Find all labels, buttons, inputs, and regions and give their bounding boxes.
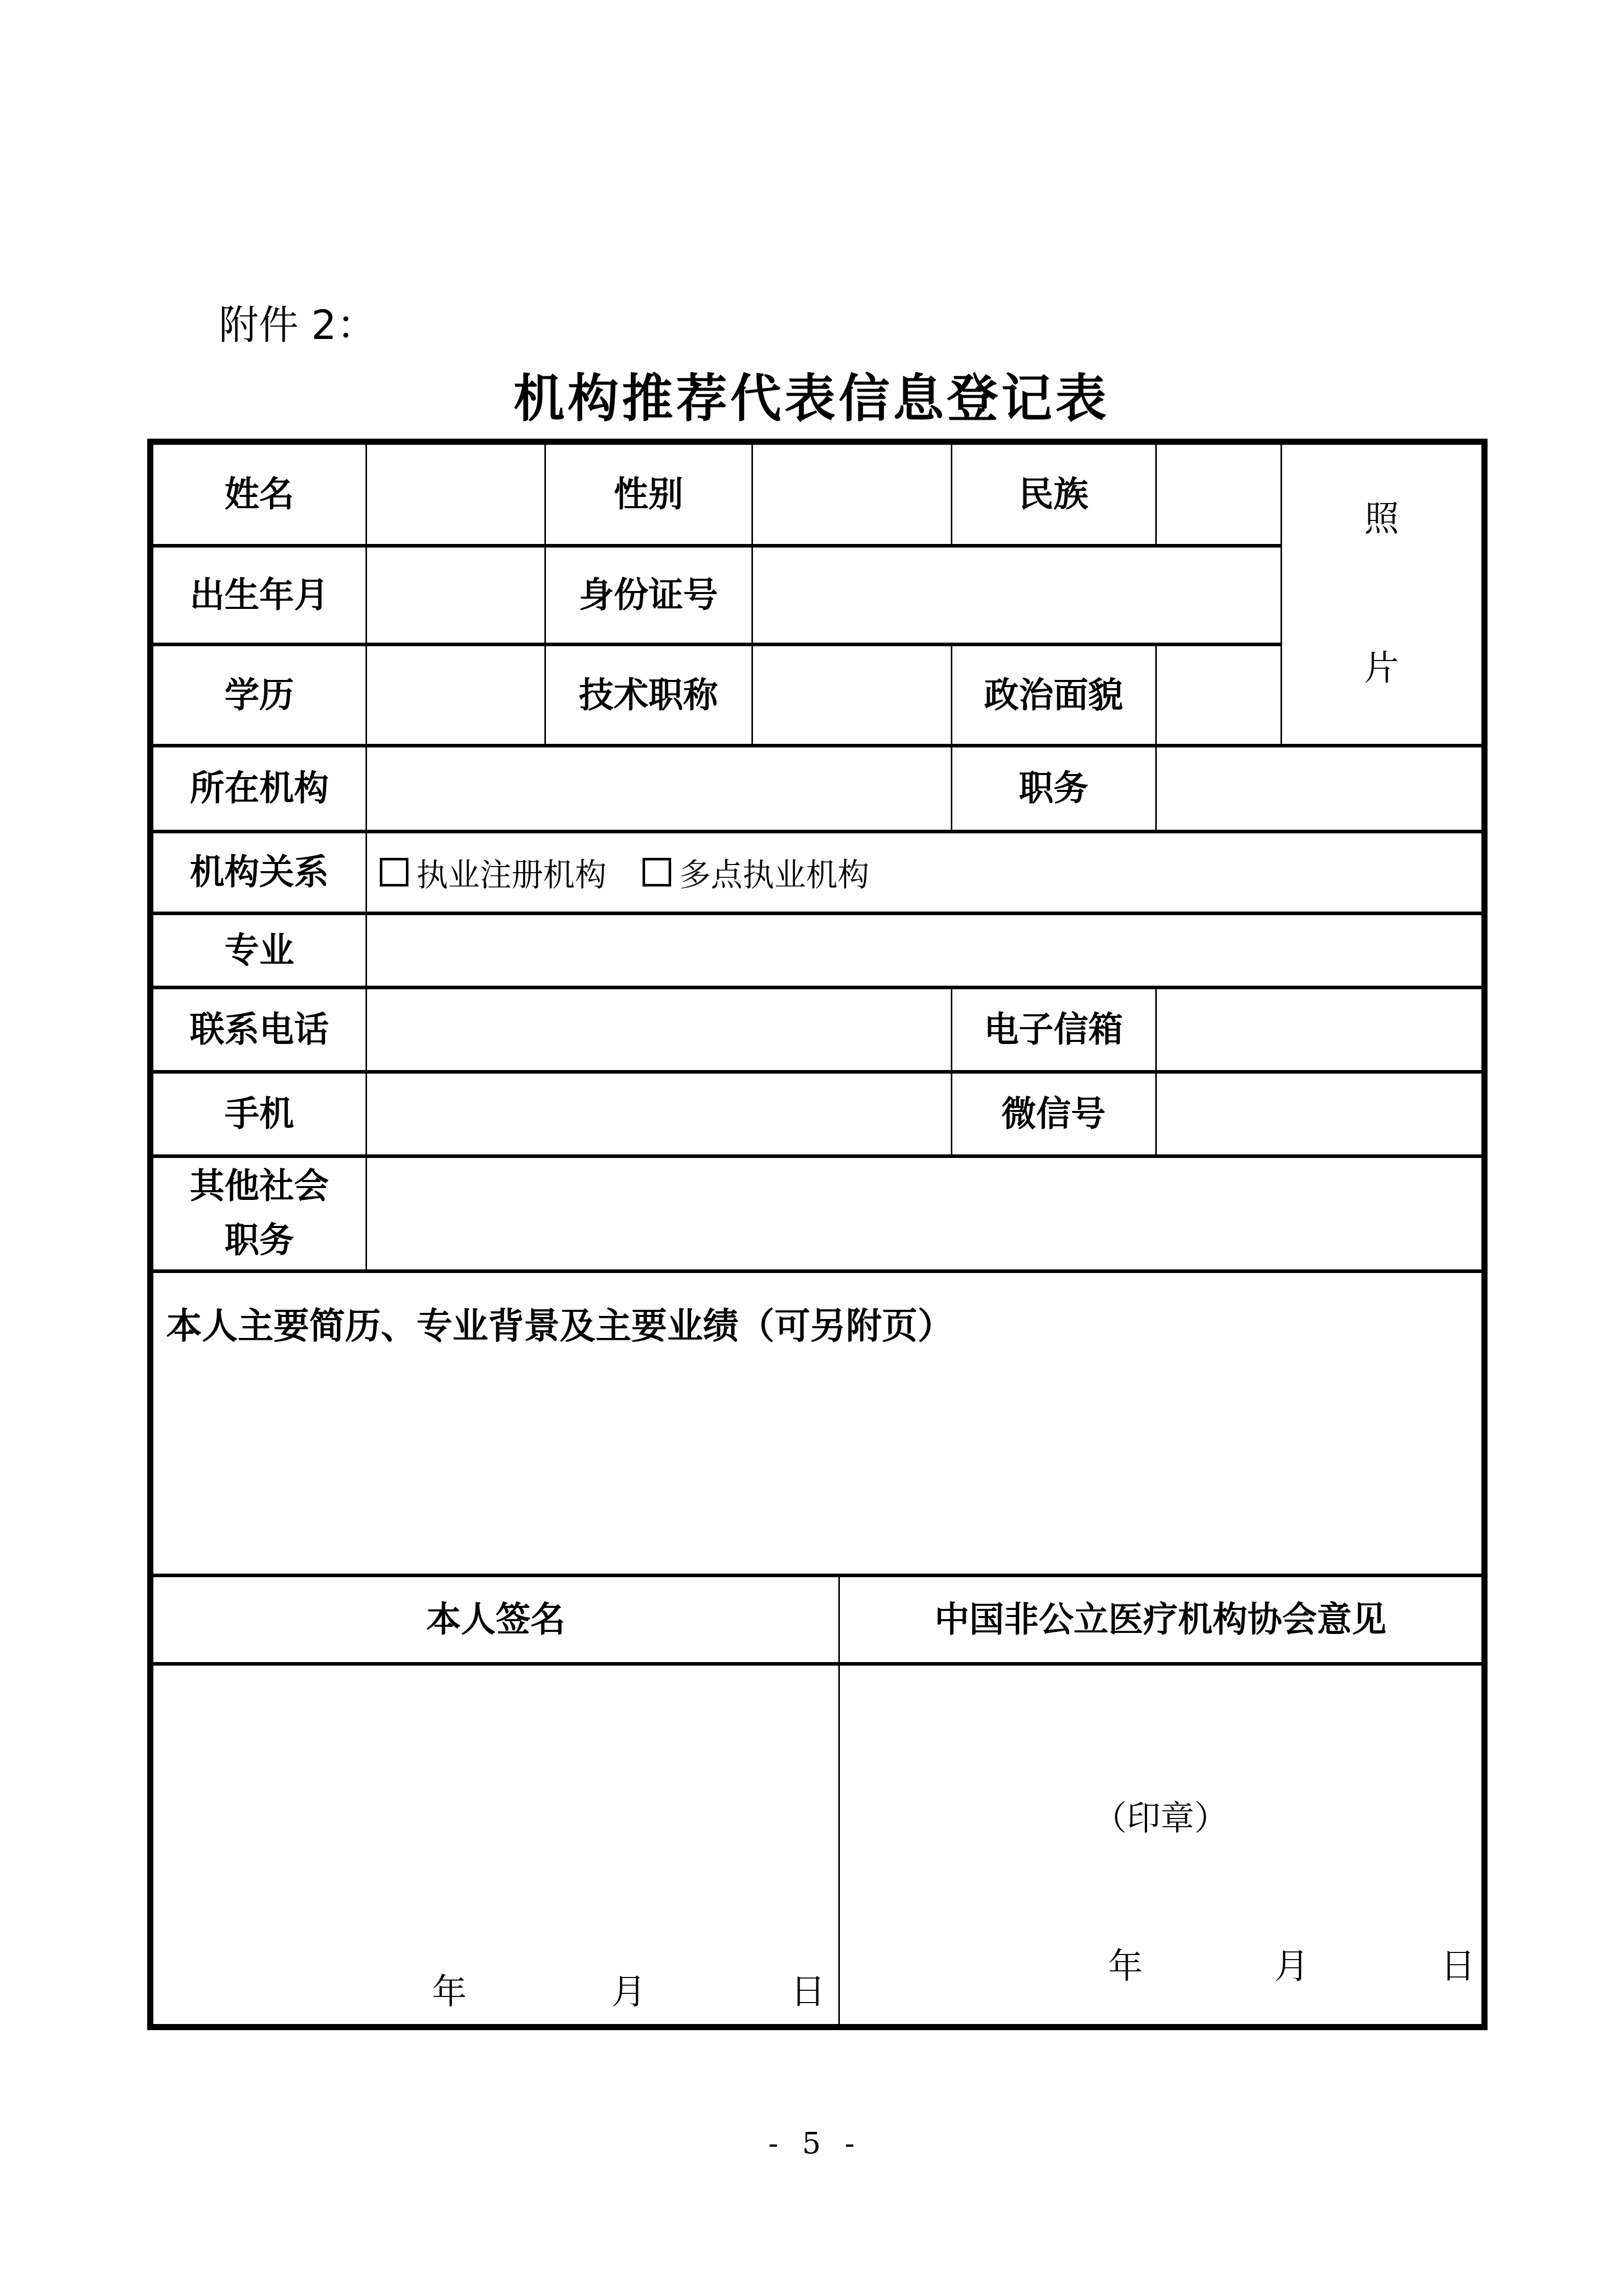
phone-value[interactable] (366, 987, 951, 1072)
name-value[interactable] (366, 442, 545, 545)
political-status-value[interactable] (1156, 645, 1281, 745)
checkbox-multi-site-institution-label: 多点执业机构 (679, 850, 870, 895)
month-label: 月 (611, 1964, 646, 2014)
seal-placeholder-label: （印章） (840, 1791, 1482, 1839)
year-label: 年 (1108, 1939, 1143, 1988)
birth-date-value[interactable] (366, 545, 545, 645)
association-opinion-header-label: 中国非公立医疗机构协会意见 (839, 1577, 1484, 1664)
row-signature-headers: 本人签名 中国非公立医疗机构协会意见 (150, 1577, 1484, 1664)
institution-relationship-options: 执业注册机构 多点执业机构 (366, 831, 1484, 913)
education-label: 学历 (150, 645, 366, 745)
row-other-social-titles: 其他社会职务 (150, 1156, 1484, 1271)
row-name-gender-ethnicity: 姓名 性别 民族 照片 (150, 442, 1484, 545)
institution-relationship-label: 机构关系 (150, 831, 366, 913)
resume-header-label: 本人主要简历、专业背景及主要业绩（可另附页） (153, 1273, 1481, 1351)
row-institution-relationship: 机构关系 执业注册机构 多点执业机构 (150, 831, 1484, 913)
mobile-value[interactable] (366, 1072, 951, 1156)
wechat-value[interactable] (1156, 1072, 1484, 1156)
attachment-label: 附件 2： (219, 306, 376, 346)
checkbox-registered-institution[interactable]: 执业注册机构 (380, 850, 607, 895)
form-table-signature: 本人签名 中国非公立医疗机构协会意见 年 月 日 （印章） 年 月 日 (147, 1577, 1488, 2030)
row-phone-email: 联系电话 电子信箱 (150, 987, 1484, 1072)
row-signature-spaces: 年 月 日 （印章） 年 月 日 (150, 1664, 1484, 2027)
ethnicity-value[interactable] (1156, 442, 1281, 545)
row-major: 专业 (150, 913, 1484, 987)
position-value[interactable] (1156, 745, 1484, 831)
phone-label: 联系电话 (150, 987, 366, 1072)
birth-date-label: 出生年月 (150, 545, 366, 645)
position-label: 职务 (951, 745, 1156, 831)
signature-header-label: 本人签名 (150, 1577, 839, 1664)
checkbox-box-icon[interactable] (380, 858, 408, 886)
institution-label: 所在机构 (150, 745, 366, 831)
registration-form-table: 姓名 性别 民族 照片 出生年月 身份证号 学历 技术职称 (147, 439, 1481, 2030)
document-page: 附件 2： 机构推荐代表信息登记表 姓名 性别 民族 照片 出生年月 (0, 0, 1623, 2296)
day-label: 日 (1441, 1939, 1475, 1988)
page-number: - 5 - (0, 2126, 1623, 2161)
wechat-label: 微信号 (951, 1072, 1156, 1156)
mobile-label: 手机 (150, 1072, 366, 1156)
page-title: 机构推荐代表信息登记表 (0, 369, 1623, 428)
opinion-date-fields[interactable]: 年 月 日 (1108, 1939, 1476, 1988)
education-value[interactable] (366, 645, 545, 745)
major-value[interactable] (366, 913, 1484, 987)
technical-title-label: 技术职称 (545, 645, 752, 745)
major-label: 专业 (150, 913, 366, 987)
ethnicity-label: 民族 (951, 442, 1156, 545)
checkbox-registered-institution-label: 执业注册机构 (417, 850, 607, 895)
association-opinion-space[interactable]: （印章） 年 月 日 (839, 1664, 1484, 2027)
photo-label: 照片 (1364, 445, 1399, 744)
other-social-titles-value[interactable] (366, 1156, 1484, 1271)
row-resume: 本人主要简历、专业背景及主要业绩（可另附页） (150, 1271, 1484, 1575)
email-label: 电子信箱 (951, 987, 1156, 1072)
resume-area[interactable]: 本人主要简历、专业背景及主要业绩（可另附页） (150, 1271, 1484, 1575)
name-label: 姓名 (150, 442, 366, 545)
id-number-label: 身份证号 (545, 545, 752, 645)
political-status-label: 政治面貌 (951, 645, 1156, 745)
signature-space[interactable]: 年 月 日 (150, 1664, 839, 2027)
signature-date-fields[interactable]: 年 月 日 (432, 1964, 826, 2014)
month-label: 月 (1274, 1939, 1309, 1988)
gender-label: 性别 (545, 442, 752, 545)
day-label: 日 (790, 1964, 825, 2014)
row-institution-position: 所在机构 职务 (150, 745, 1484, 831)
checkbox-box-icon[interactable] (643, 858, 671, 886)
year-label: 年 (432, 1964, 467, 2014)
checkbox-multi-site-institution[interactable]: 多点执业机构 (643, 850, 870, 895)
email-value[interactable] (1156, 987, 1484, 1072)
id-number-value[interactable] (752, 545, 1281, 645)
institution-value[interactable] (366, 745, 951, 831)
other-social-titles-label: 其他社会职务 (150, 1156, 366, 1271)
technical-title-value[interactable] (752, 645, 951, 745)
gender-value[interactable] (752, 442, 951, 545)
row-mobile-wechat: 手机 微信号 (150, 1072, 1484, 1156)
photo-area[interactable]: 照片 (1281, 442, 1484, 745)
form-table-main: 姓名 性别 民族 照片 出生年月 身份证号 学历 技术职称 (147, 439, 1488, 1577)
